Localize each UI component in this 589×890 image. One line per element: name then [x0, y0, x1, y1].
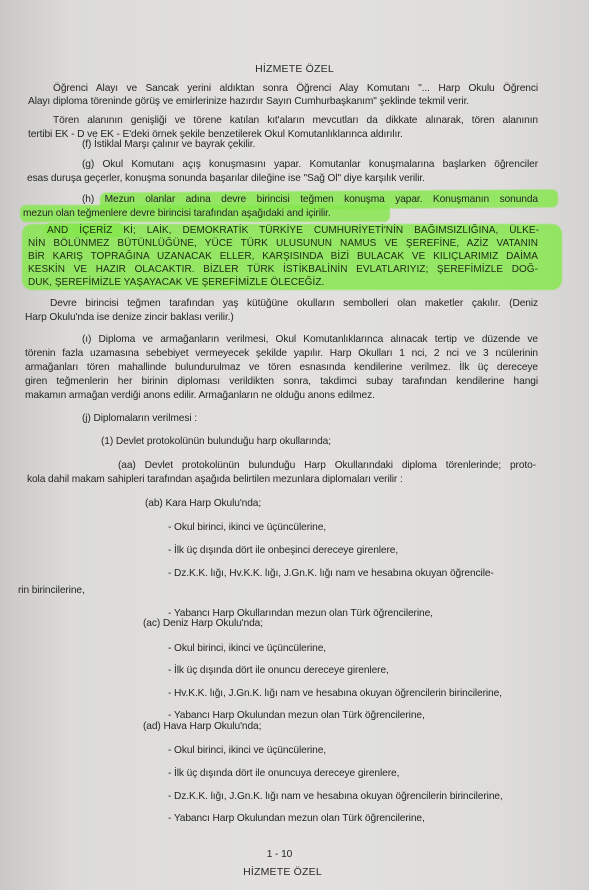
item-ad-2: - İlk üç dışında dört ile onuncuya derec…	[168, 767, 399, 780]
item-ad-3: - Dz.K.K. lığı, J.Gn.K. lığı nam ve hesa…	[168, 790, 503, 803]
item-ac: (ac) Deniz Harp Okulu'nda;	[143, 617, 263, 630]
item-i-line2: törenin fazla uzamasına sebebiyet vermey…	[25, 347, 538, 360]
item-g-line2: esas duruşa geçerler, konuşma sonunda ba…	[27, 172, 425, 185]
oath-line1: AND İÇERİZ Kİ; LAİK, DEMOKRATİK TÜRKİYE …	[47, 224, 539, 237]
item-ad-1: - Okul birinci, ikinci ve üçüncülerine,	[168, 744, 326, 757]
p1-line1: Öğrenci Alayı ve Sancak yerini aldıktan …	[53, 82, 538, 95]
page-number: 1 - 10	[0, 848, 574, 861]
item-i-line5: makamın armağan verdiği anons edilir. Ar…	[25, 389, 375, 402]
item-h-line1: (h) Mezun olanlar adına devre birincisi …	[82, 193, 538, 206]
item-f: (f) İstiklal Marşı çalınır ve bayrak çek…	[82, 138, 255, 151]
item-i-line3: armağanları tören mahallinde bulundurulm…	[25, 361, 538, 374]
document-page: HİZMETE ÖZEL Öğrenci Alayı ve Sancak yer…	[0, 0, 589, 890]
item-ab-3b: rin birincilerine,	[18, 584, 85, 597]
item-j: (j) Diplomaların verilmesi :	[82, 412, 197, 425]
item-g-line1: (g) Okul Komutanı açış konuşmasını yapar…	[82, 158, 538, 171]
item-i-line1: (ı) Diploma ve armağanların verilmesi, O…	[82, 333, 538, 346]
item-ad-4: - Yabancı Harp Okulundan mezun olan Türk…	[168, 812, 425, 825]
p1-line2: Alayı diploma töreninde görüş ve emirler…	[28, 95, 469, 108]
item-ac-2: - İlk üç dışında dört ile onuncu derecey…	[168, 664, 389, 677]
item-ab-3a: - Dz.K.K. lığı, Hv.K.K. lığı, J.Gn.K. lı…	[168, 567, 494, 580]
item-aa-line2: kola dahil makam sahipleri tarafından aş…	[27, 473, 403, 486]
header-classification: HİZMETE ÖZEL	[0, 63, 589, 76]
oath-line2: NİN BÖLÜNMEZ BÜTÜNLÜĞÜNE, YÜCE TÜRK ULUS…	[28, 237, 538, 250]
oath-line5: DUK, ŞEREFİMİZLE YAŞAYACAK VE ŞEREFİMİZL…	[28, 276, 324, 289]
footer-classification: HİZMETE ÖZEL	[0, 866, 577, 879]
item-h-line2: mezun olan teğmenlere devre birincisi ta…	[23, 207, 331, 220]
item-i-line4: giren teğmenlerin her birinin diploması …	[25, 375, 538, 388]
item-ad: (ad) Hava Harp Okulu'nda;	[143, 720, 261, 733]
item-ac-3: - Hv.K.K. lığı, J.Gn.K. lığı nam ve hesa…	[168, 687, 502, 700]
item-j1: (1) Devlet protokolünün bulunduğu harp o…	[101, 435, 331, 448]
item-ab-1: - Okul birinci, ikinci ve üçüncülerine,	[168, 521, 326, 534]
item-ab: (ab) Kara Harp Okulu'nda;	[145, 497, 261, 510]
devre-line2: Harp Okulu'nda ise denize zincir baklası…	[25, 311, 234, 324]
devre-line1: Devre birincisi teğmen tarafından yaş kü…	[50, 297, 538, 310]
oath-line3: BİR KARIŞ TOPRAĞINA UZANACAK ELLER, KARŞ…	[28, 250, 538, 263]
item-ac-1: - Okul birinci, ikinci ve üçüncülerine,	[168, 642, 326, 655]
item-aa-line1: (aa) Devlet protokolünün bulunduğu Harp …	[118, 459, 536, 472]
p2-line1: Tören alanının genişliği ve törene katıl…	[53, 114, 538, 127]
item-ab-2: - İlk üç dışında dört ile onbeşinci dere…	[168, 544, 398, 557]
oath-line4: KESKİN VE HAZIR OLACAKTIR. BİZLER TÜRK İ…	[28, 263, 538, 276]
